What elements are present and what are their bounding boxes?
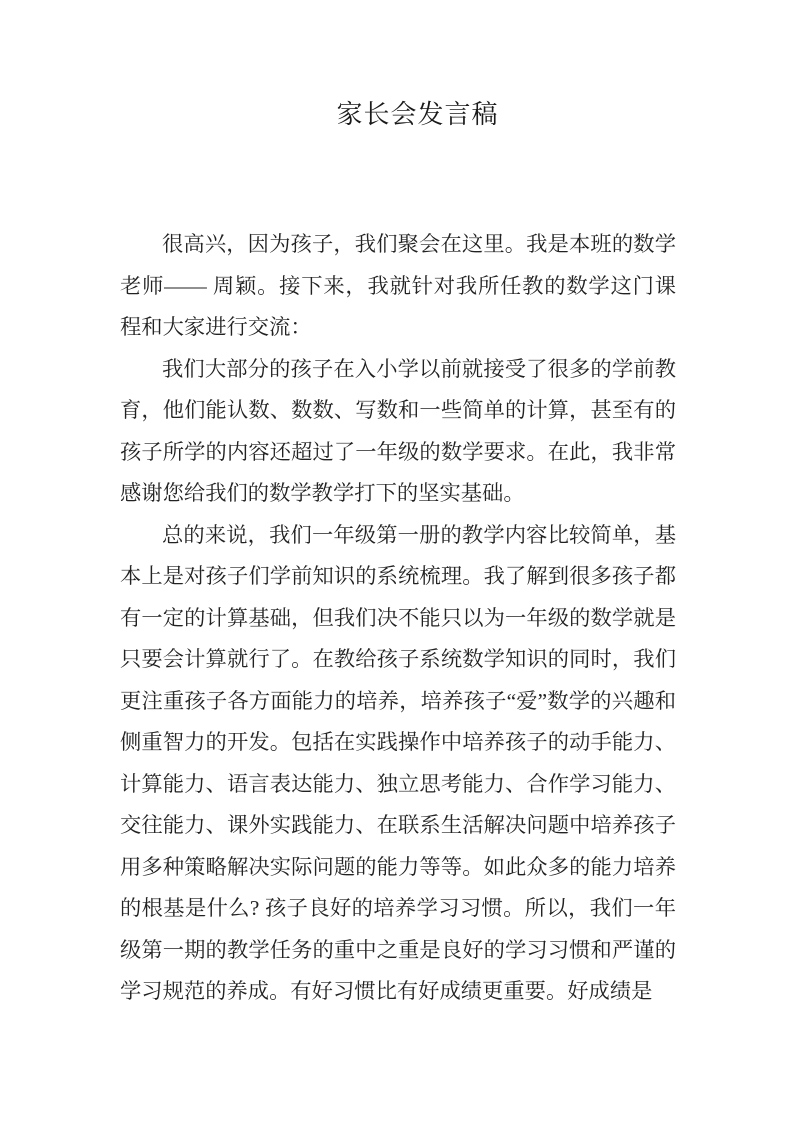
paragraph-teaching-goals: 总的来说，我们一年级第一册的教学内容比较简单，基本上是对孩子们学前知识的系统梳理… bbox=[120, 515, 676, 1013]
document-title: 家长会发言稿 bbox=[21, 0, 793, 132]
document-page: 家长会发言稿 很高兴，因为孩子，我们聚会在这里。我是本班的数学老师—— 周颖。接… bbox=[0, 0, 793, 1122]
document-body: 很高兴，因为孩子，我们聚会在这里。我是本班的数学老师—— 周颖。接下来，我就针对… bbox=[120, 224, 676, 1013]
paragraph-preschool-foundation: 我们大部分的孩子在入小学以前就接受了很多的学前教育，他们能认数、数数、写数和一些… bbox=[120, 349, 676, 515]
paragraph-intro: 很高兴，因为孩子，我们聚会在这里。我是本班的数学老师—— 周颖。接下来，我就针对… bbox=[120, 224, 676, 349]
